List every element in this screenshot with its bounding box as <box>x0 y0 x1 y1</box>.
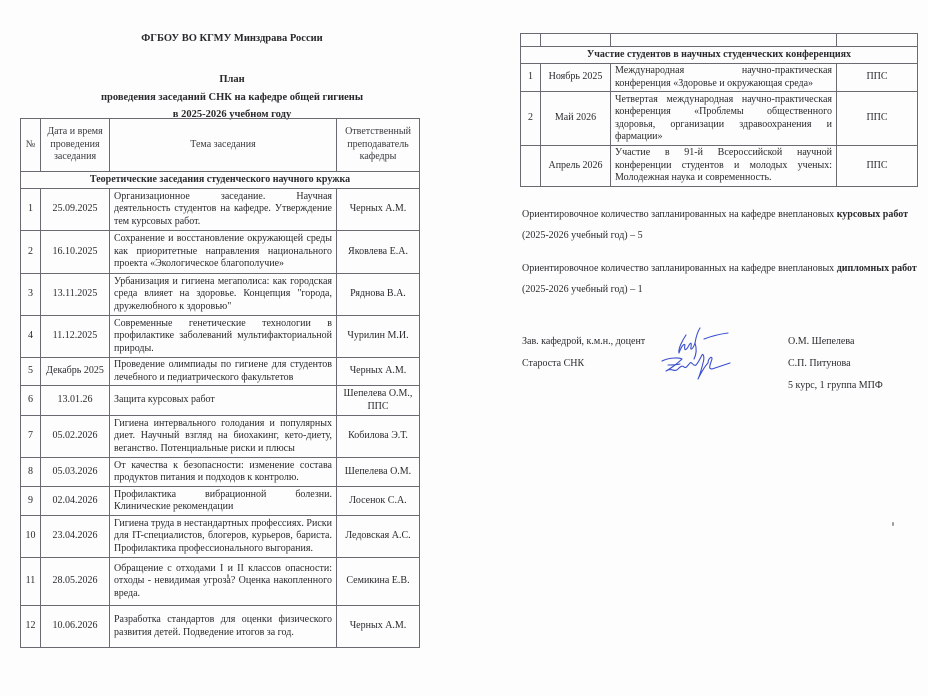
row-date: 16.10.2025 <box>41 231 110 274</box>
row-date: 13.01.26 <box>41 386 110 416</box>
row-date: 23.04.2026 <box>41 516 110 558</box>
table-row: 5Декабрь 2025Проведение олимпиады по гиг… <box>21 358 420 386</box>
row-topic: Четвертая международная научно-практичес… <box>611 92 837 146</box>
row-number: 2 <box>521 92 541 146</box>
row-responsible: Лосенок С.А. <box>337 487 420 516</box>
conferences-table: Участие студентов в научных студенческих… <box>520 33 918 187</box>
leader-group: 5 курс, 1 группа МПФ <box>788 380 883 391</box>
row-topic: Обращение с отходами I и II классов опас… <box>110 558 337 606</box>
empty-cell <box>541 34 611 47</box>
row-date: 11.12.2025 <box>41 316 110 358</box>
row-responsible: Семикина Е.В. <box>337 558 420 606</box>
title-line: План <box>0 71 464 89</box>
table-row: 1023.04.2026Гигиена труда в нестандартны… <box>21 516 420 558</box>
header-date: Дата и время проведения заседания <box>41 119 110 172</box>
row-topic: Защита курсовых работ <box>110 386 337 416</box>
row-date: 02.04.2026 <box>41 487 110 516</box>
row-number: 1 <box>521 64 541 92</box>
row-number: 10 <box>21 516 41 558</box>
table-row: 125.09.2025Организационное заседание. На… <box>21 189 420 231</box>
row-date: Апрель 2026 <box>541 146 611 187</box>
row-date: Ноябрь 2025 <box>541 64 611 92</box>
row-responsible: Шепелева О.М., ППС <box>337 386 420 416</box>
row-topic: Гигиена интервального голодания и популя… <box>110 416 337 458</box>
row-topic: Гигиена труда в нестандартных профессиях… <box>110 516 337 558</box>
scan-speck <box>892 522 894 526</box>
row-number <box>521 146 541 187</box>
leader-title: Староста СНК <box>522 358 584 369</box>
row-topic: Участие в 91-й Всероссийской научной кон… <box>611 146 837 187</box>
row-responsible: Кобилова Э.Т. <box>337 416 420 458</box>
signature-icon <box>648 325 748 387</box>
header-responsible: Ответственный преподаватель кафедры <box>337 119 420 172</box>
row-topic: Сохранение и восстановление окружающей с… <box>110 231 337 274</box>
row-responsible: Ряднова В.А. <box>337 274 420 316</box>
table-row: 805.03.2026От качества к безопасности: и… <box>21 458 420 487</box>
row-date: 05.03.2026 <box>41 458 110 487</box>
table-row: 411.12.2025Современные генетические техн… <box>21 316 420 358</box>
row-number: 2 <box>21 231 41 274</box>
row-responsible: Черных А.М. <box>337 358 420 386</box>
row-number: 6 <box>21 386 41 416</box>
row-topic: Современные генетические технологии в пр… <box>110 316 337 358</box>
row-date: Декабрь 2025 <box>41 358 110 386</box>
row-number: 8 <box>21 458 41 487</box>
header-num: № <box>21 119 41 172</box>
table-row: 1128.05.2026Обращение с отходами I и II … <box>21 558 420 606</box>
row-topic: Разработка стандартов для оценки физичес… <box>110 606 337 648</box>
section-row: Теоретические заседания студенческого на… <box>21 172 420 189</box>
table-row: 313.11.2025Урбанизация и гигиена мегапол… <box>21 274 420 316</box>
row-responsible: Черных А.М. <box>337 606 420 648</box>
row-topic: Международная научно-практическая конфер… <box>611 64 837 92</box>
empty-row <box>521 34 918 47</box>
row-responsible: Яковлева Е.А. <box>337 231 420 274</box>
diploma-label: дипломных работ <box>837 263 917 274</box>
row-number: 11 <box>21 558 41 606</box>
document-page: ФГБОУ ВО КГМУ Минздрава России План пров… <box>0 0 928 696</box>
table-row: Апрель 2026Участие в 91-й Всероссийской … <box>521 146 918 187</box>
row-responsible: Чурилин М.И. <box>337 316 420 358</box>
empty-cell <box>611 34 837 47</box>
row-responsible: Черных А.М. <box>337 189 420 231</box>
row-number: 4 <box>21 316 41 358</box>
row-number: 12 <box>21 606 41 648</box>
row-number: 7 <box>21 416 41 458</box>
row-date: 13.11.2025 <box>41 274 110 316</box>
row-date: Май 2026 <box>541 92 611 146</box>
table-row: 2Май 2026Четвертая международная научно-… <box>521 92 918 146</box>
section-title: Теоретические заседания студенческого на… <box>21 172 420 189</box>
leader-name: С.П. Питунова <box>788 358 851 369</box>
row-number: 1 <box>21 189 41 231</box>
empty-cell <box>521 34 541 47</box>
row-number: 3 <box>21 274 41 316</box>
empty-cell <box>837 34 918 47</box>
table-row: 705.02.2026Гигиена интервального голодан… <box>21 416 420 458</box>
table-header-row: № Дата и время проведения заседания Тема… <box>21 119 420 172</box>
table-row: 902.04.2026Профилактика вибрационной бол… <box>21 487 420 516</box>
row-responsible: ППС <box>837 64 918 92</box>
row-responsible: Ледовская А.С. <box>337 516 420 558</box>
row-topic: Организационное заседание. Научная деяте… <box>110 189 337 231</box>
row-topic: Проведение олимпиады по гигиене для студ… <box>110 358 337 386</box>
row-date: 05.02.2026 <box>41 416 110 458</box>
head-name: О.М. Шепелева <box>788 336 854 347</box>
section-row: Участие студентов в научных студенческих… <box>521 47 918 64</box>
row-date: 25.09.2025 <box>41 189 110 231</box>
row-date: 10.06.2026 <box>41 606 110 648</box>
plan-title: План проведения заседаний СНК на кафедре… <box>0 71 464 124</box>
row-topic: Урбанизация и гигиена мегаполиса: как го… <box>110 274 337 316</box>
header-topic: Тема заседания <box>110 119 337 172</box>
scan-speck <box>227 574 229 578</box>
row-responsible: ППС <box>837 92 918 146</box>
table-row: 1210.06.2026Разработка стандартов для оц… <box>21 606 420 648</box>
diploma-note: Ориентировочное количество запланированн… <box>522 258 922 300</box>
row-number: 9 <box>21 487 41 516</box>
table-row: 216.10.2025Сохранение и восстановление о… <box>21 231 420 274</box>
row-date: 28.05.2026 <box>41 558 110 606</box>
row-topic: От качества к безопасности: изменение со… <box>110 458 337 487</box>
row-topic: Профилактика вибрационной болезни. Клини… <box>110 487 337 516</box>
coursework-label: курсовых работ <box>837 209 908 220</box>
head-title: Зав. кафедрой, к.м.н., доцент <box>522 336 645 347</box>
coursework-note: Ориентировочное количество запланированн… <box>522 204 922 246</box>
table-row: 1Ноябрь 2025Международная научно-практич… <box>521 64 918 92</box>
row-responsible: ППС <box>837 146 918 187</box>
title-line: проведения заседаний СНК на кафедре обще… <box>0 89 464 107</box>
meetings-table: № Дата и время проведения заседания Тема… <box>20 118 420 648</box>
row-responsible: Шепелева О.М. <box>337 458 420 487</box>
section-title: Участие студентов в научных студенческих… <box>521 47 918 64</box>
organization-name: ФГБОУ ВО КГМУ Минздрава России <box>0 33 464 44</box>
row-number: 5 <box>21 358 41 386</box>
table-row: 613.01.26Защита курсовых работШепелева О… <box>21 386 420 416</box>
